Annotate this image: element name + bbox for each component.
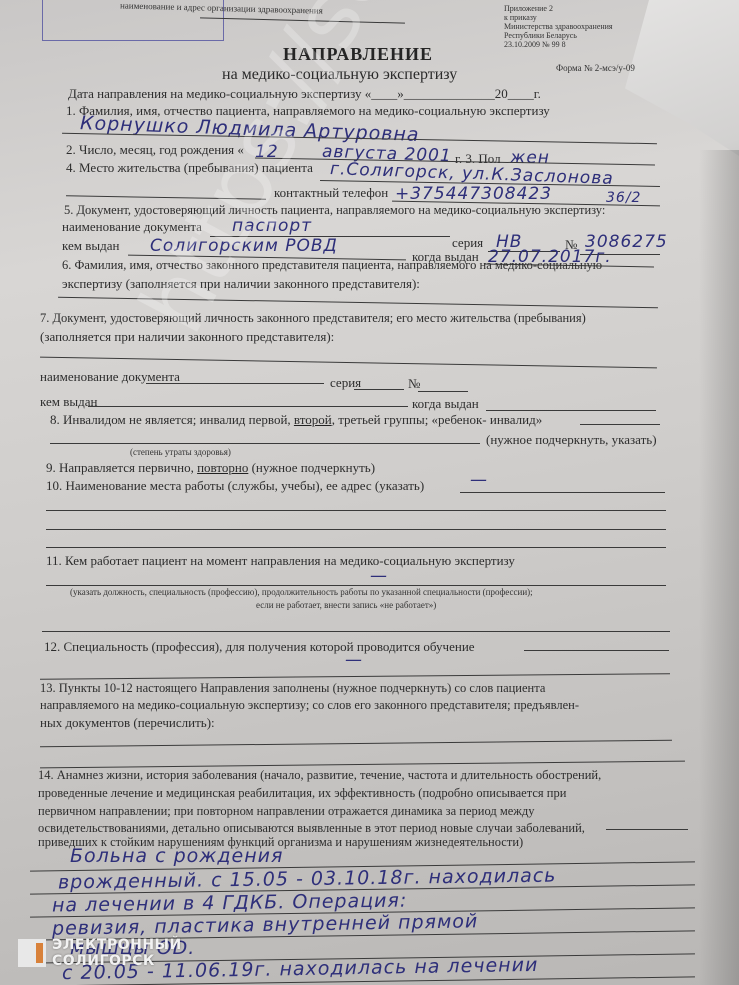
rule [606,829,688,830]
field-13-line-1: 13. Пункты 10-12 настоящего Направления … [40,681,545,696]
field-8-text: 8. Инвалидом не является; инвалид первой… [50,412,294,427]
appendix-note: Приложение 2 к приказу Министерства здра… [504,4,613,49]
field-13-line-3: ных документов (перечислить): [40,715,215,731]
appendix-line: к приказу [504,13,613,22]
rule [46,529,666,530]
logo-e-icon [18,939,46,967]
logo-text: ЭЛЕКТРОННЫЙ СОЛИГОРСК [52,937,182,969]
appendix-line: Республики Беларусь [504,31,613,40]
field-8-selected-option[interactable]: второй [294,412,332,427]
field-11-caption-2: если не работает, внести запись «не рабо… [256,601,436,610]
edge-shadow [699,150,739,985]
field-11-label: 11. Кем работает пациент на момент напра… [46,553,515,569]
field-14-line-1: 14. Анамнез жизни, история заболевания (… [38,768,601,783]
rule [40,673,670,679]
workplace-value[interactable]: — [470,470,488,490]
field-8-text: , третьей группы; «ребенок- инвалид» [332,412,543,427]
site-logo: ЭЛЕКТРОННЫЙ СОЛИГОРСК [18,937,182,969]
field-9-text: (нужное подчеркнуть) [248,460,375,475]
field-14-line-4: освидетельствованиями, детально описываю… [38,821,585,836]
rule [50,443,480,444]
issued-by-label: кем выдан [62,238,119,254]
rep-issued-date-label: когда выдан [412,396,479,412]
study-specialty-value[interactable]: — [345,650,363,670]
rule [40,357,657,369]
appendix-line: Приложение 2 [504,4,613,13]
rule [46,510,666,511]
form-number: Форма № 2-мсэ/у-09 [556,64,635,73]
field-12-label: 12. Специальность (профессия), для получ… [44,639,475,655]
field-11-caption-1: (указать должность, специальность (профе… [70,588,533,597]
rule [580,424,660,425]
field-13-line-2: направляемого на медико-социальную экспе… [40,698,579,713]
rule [88,406,408,407]
field-9-selected-option[interactable]: повторно [197,460,248,475]
appendix-line: Министерства здравоохранения [504,22,613,31]
field-8-caption: (степень утраты здоровья) [130,448,231,457]
rep-issued-by-label: кем выдан [40,394,97,410]
rule [418,391,468,392]
appendix-line: 23.10.2009 № 99 8 [504,40,613,49]
rule [486,410,656,411]
field-8-hint: (нужное подчеркнуть, указать) [486,432,657,448]
field-14-line-3: первичном направлении; при повторном нап… [38,804,535,819]
logo-line: СОЛИГОРСК [52,953,182,969]
field-8-label: 8. Инвалидом не является; инвалид первой… [50,412,542,428]
rule [40,740,672,748]
rule [46,585,666,586]
occupation-value[interactable]: — [370,566,388,586]
rule [146,383,324,384]
rule [354,389,404,390]
field-7-label-1: 7. Документ, удостоверяющий личность зак… [40,311,586,326]
rule [460,492,665,493]
rule [46,547,666,548]
document-page: наименование и адрес организации здравоо… [0,0,739,985]
anamnesis-line: Больна с рождения [70,845,283,867]
field-5-label: 5. Документ, удостоверяющий личность пац… [64,203,605,218]
rule [524,650,669,651]
field-14-line-2: проведенные лечение и медицинская реабил… [38,786,566,801]
logo-line: ЭЛЕКТРОННЫЙ [52,937,182,953]
rep-number-label: № [408,376,420,392]
field-9-text: 9. Направляется первично, [46,460,197,475]
field-10-label: 10. Наименование места работы (службы, у… [46,478,424,494]
rule [42,631,670,632]
field-9-label: 9. Направляется первично, повторно (нужн… [46,460,375,476]
